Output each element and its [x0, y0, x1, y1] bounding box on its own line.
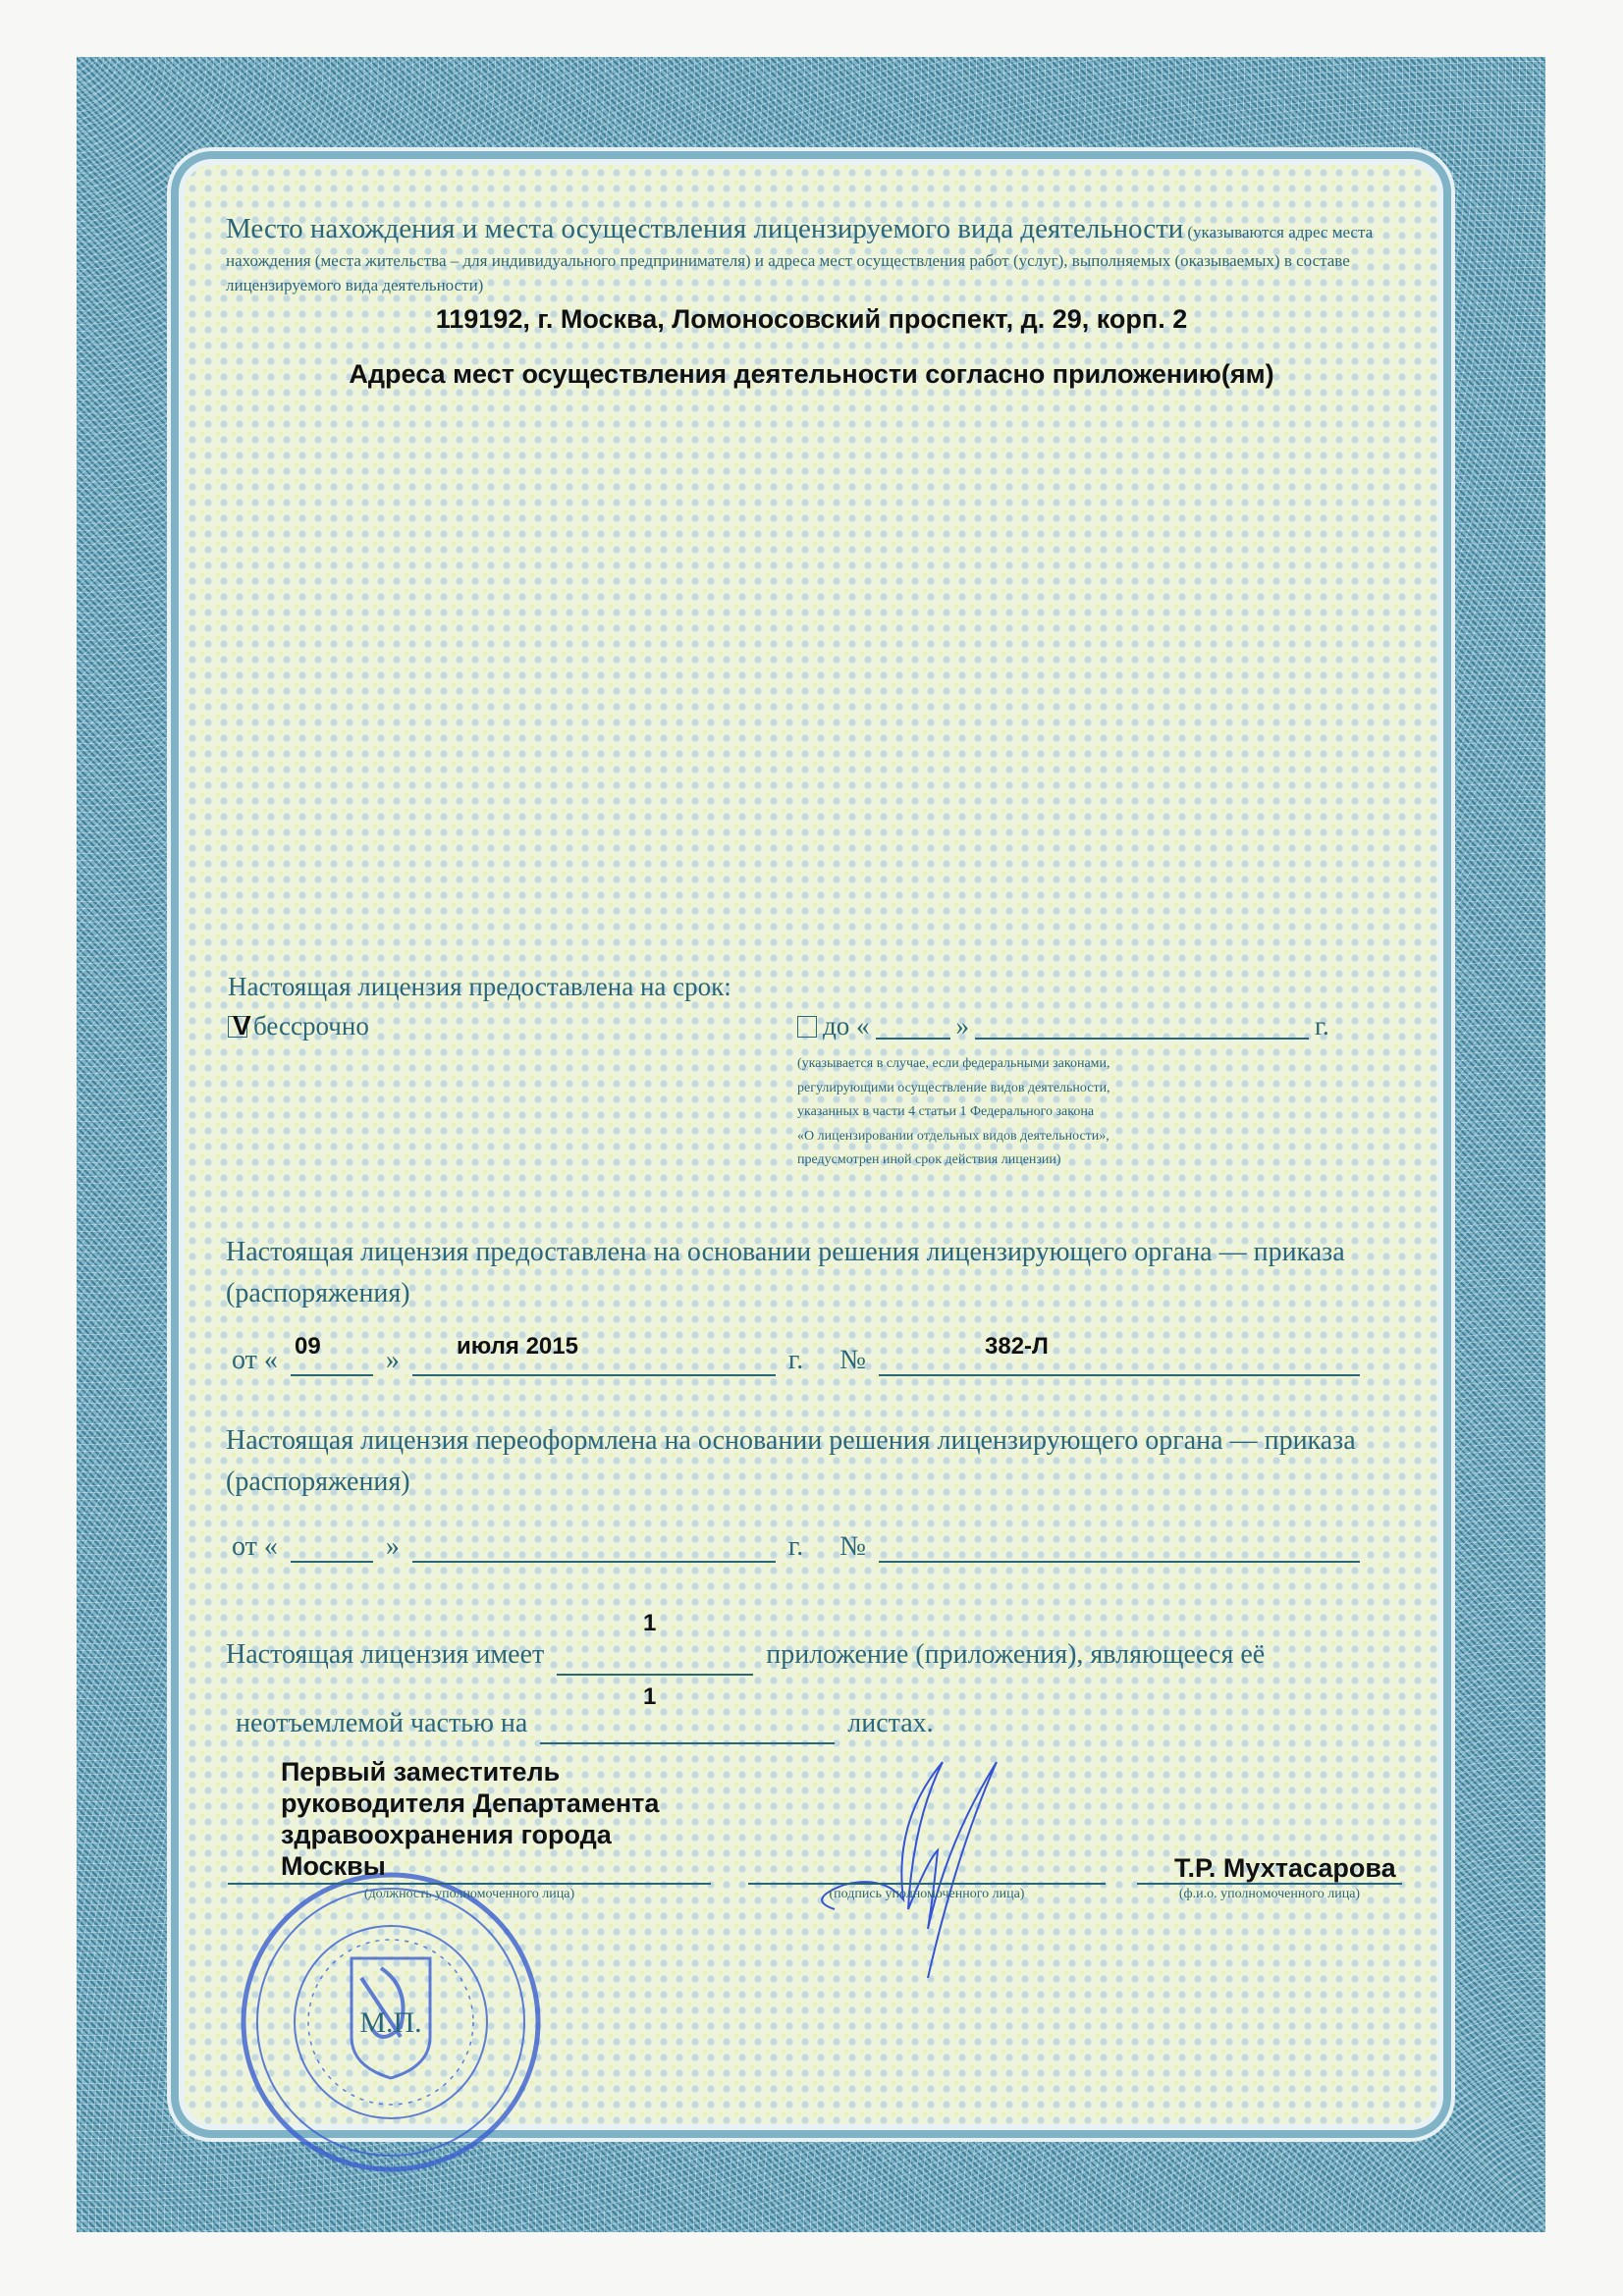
appendix-count-field[interactable]: [557, 1650, 753, 1676]
term-indefinite-label: бессрочно: [253, 1011, 369, 1041]
position-line-rule: [228, 1883, 711, 1885]
footnote-line: предусмотрен иной срок действия лицензии…: [797, 1148, 1110, 1173]
signature: [805, 1742, 1011, 1978]
position-caption: (должность уполномоченного лица): [228, 1887, 711, 1902]
basis-order-row: от « » г. №: [232, 1345, 1366, 1376]
appendix-count-value: 1: [643, 1610, 656, 1637]
footnote-line: указанных в части 4 статьи 1 Федеральног…: [797, 1100, 1110, 1125]
sheets-value: 1: [643, 1683, 656, 1711]
sheets-prefix: неотъемлемой частью на: [236, 1708, 527, 1738]
basis-month-value: июля 2015: [457, 1333, 578, 1361]
license-page: Место нахождения и места осуществления л…: [0, 0, 1623, 2296]
main-address: 119192, г. Москва, Ломоносовский проспек…: [0, 304, 1623, 335]
mp-label: М.П.: [359, 2006, 421, 2039]
appendix-suffix: приложение (приложения), являющееся её: [766, 1639, 1265, 1670]
appendix-line-2: неотъемлемой частью на листах.: [236, 1703, 1443, 1744]
basis-label: Настоящая лицензия предоставлена на осно…: [226, 1232, 1434, 1314]
footnote-line: «О лицензировании отдельных видов деятел…: [797, 1125, 1110, 1149]
sheets-suffix: листах.: [847, 1708, 933, 1738]
term-label: Настоящая лицензия предоставлена на срок…: [228, 972, 731, 1002]
basis-number-field[interactable]: [879, 1351, 1360, 1376]
signature-caption: (подпись уполномоченного лица): [748, 1887, 1106, 1902]
reissue-number-field[interactable]: [879, 1537, 1360, 1563]
until-prefix: до «: [823, 1011, 870, 1041]
check-mark: V: [233, 1010, 251, 1041]
from-mid: »: [386, 1531, 400, 1562]
number-prefix: №: [839, 1345, 866, 1375]
term-indefinite-option[interactable]: V бессрочно: [228, 1011, 369, 1041]
year-suffix: г.: [788, 1345, 803, 1375]
section-header: Место нахождения и места осуществления л…: [226, 208, 1453, 297]
term-footnote: (указывается в случае, если федеральными…: [797, 1052, 1110, 1173]
reissue-label: Настоящая лицензия переоформлена на осно…: [226, 1420, 1434, 1503]
until-day-field[interactable]: [876, 1014, 950, 1040]
activity-places: Адреса мест осуществления деятельности с…: [0, 359, 1623, 390]
signatory-position: Первый заместитель руководителя Департам…: [281, 1757, 659, 1882]
until-mid: »: [956, 1011, 970, 1041]
number-prefix: №: [839, 1531, 866, 1562]
appendix-line-1: Настоящая лицензия имеет приложение (при…: [226, 1634, 1434, 1676]
from-prefix: от «: [232, 1345, 278, 1375]
reissue-order-row: от « » г. №: [232, 1531, 1366, 1563]
position-line: Москвы: [281, 1851, 659, 1883]
position-line: Первый заместитель: [281, 1757, 659, 1789]
official-stamp: М.П.: [214, 1860, 568, 2184]
checkbox-unchecked[interactable]: [797, 1016, 817, 1038]
position-line: здравоохранения города: [281, 1820, 659, 1851]
from-prefix: от «: [232, 1531, 278, 1562]
reissue-day-field[interactable]: [291, 1537, 373, 1563]
footnote-line: регулирующими осуществление видов деятел…: [797, 1077, 1110, 1101]
basis-number-value: 382-Л: [985, 1333, 1049, 1361]
position-line: руководителя Департамента: [281, 1789, 659, 1820]
name-line-rule: [1137, 1883, 1402, 1885]
basis-day-value: 09: [295, 1333, 321, 1361]
header-title: Место нахождения и места осуществления л…: [226, 213, 1183, 244]
checkbox-checked[interactable]: V: [228, 1016, 247, 1038]
appendix-prefix: Настоящая лицензия имеет: [226, 1639, 544, 1670]
term-until-option[interactable]: до « » г.: [797, 1011, 1329, 1041]
until-suffix: г.: [1315, 1011, 1329, 1041]
footnote-line: (указывается в случае, если федеральными…: [797, 1052, 1110, 1077]
signatory-name: Т.Р. Мухтасарова: [1174, 1853, 1396, 1884]
name-caption: (ф.и.о. уполномоченного лица): [1137, 1887, 1402, 1902]
reissue-month-field[interactable]: [412, 1537, 776, 1563]
sheets-field[interactable]: [540, 1719, 835, 1744]
from-mid: »: [386, 1345, 400, 1375]
signature-line-rule: [748, 1883, 1106, 1885]
year-suffix: г.: [788, 1531, 803, 1562]
until-date-field[interactable]: [975, 1014, 1309, 1040]
